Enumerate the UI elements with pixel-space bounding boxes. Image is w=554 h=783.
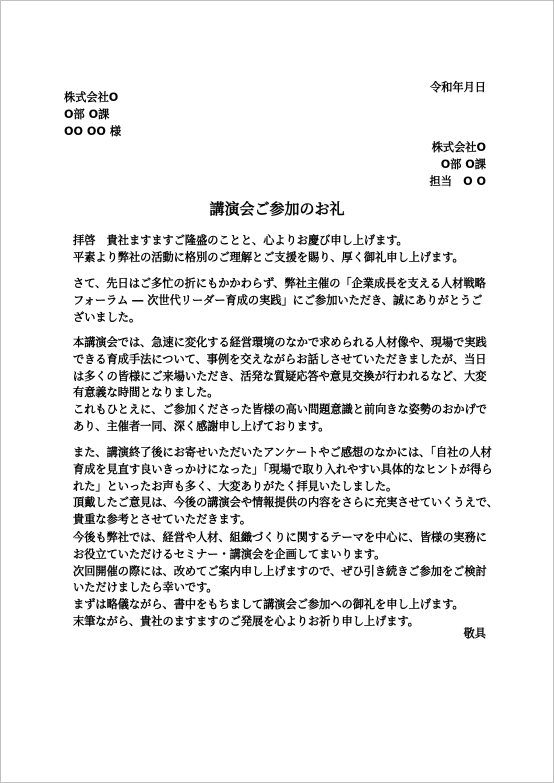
text-line: 有意義な時間となりました。	[73, 385, 493, 402]
text-line: 育成を見直す良いきっかけになった」「現場で取り入れやすい具体的なヒントが得ら	[73, 462, 493, 479]
sender-department: O部 O課	[441, 156, 486, 173]
text-line: また、講演終了後にお寄せいただいたアンケートやご感想のなかには、「自社の人材	[73, 445, 493, 462]
text-line: できる育成手法について、事例を交えながらお話しさせていただきましたが、当日	[73, 352, 493, 369]
text-line: お役立ていただけるセミナー・講演会を企画してまいります。	[73, 547, 493, 564]
text-line: れた」といったお声も多く、大変ありがたく拝見いたしました。	[73, 479, 493, 496]
text-line: まずは略儀ながら、書中をもちまして講演会ご参加への御礼を申し上げます。	[73, 597, 493, 614]
paragraph-greeting: 拝啓 貴社ますますご隆盛のことと、心よりお慶び申し上げます。 平素より弊社の活動…	[73, 233, 493, 267]
recipient-name: OO OO 様	[64, 123, 121, 140]
sender-company: 株式会社O	[432, 139, 486, 156]
recipient-department: O部 O課	[64, 106, 109, 123]
text-line: は多くの皆様にご来場いただき、活発な質疑応答や意見交換が行われるなど、大変	[73, 369, 493, 386]
letter-date: 令和年月日	[430, 79, 486, 96]
text-line: 拝啓 貴社ますますご隆盛のことと、心よりお慶び申し上げます。	[73, 233, 493, 250]
paragraph-event-summary: 本講演会では、急速に変化する経営環境のなかで求められる人材像や、現場で実践 でき…	[73, 335, 493, 436]
text-line: ざいました。	[73, 310, 493, 327]
text-line: フォーラム ― 次世代リーダー育成の実践」にご参加いただき、誠にありがとうご	[73, 293, 493, 310]
recipient-company: 株式会社O	[64, 89, 118, 106]
text-line: 平素より弊社の活動に格別のご理解とご支援を賜り、厚く御礼申し上げます。	[73, 250, 493, 267]
text-line: いただけましたら幸いです。	[73, 580, 493, 597]
paragraph-closing-remarks: まずは略儀ながら、書中をもちまして講演会ご参加への御礼を申し上げます。 末筆なが…	[73, 597, 493, 631]
letter-title: 講演会ご参加のお礼	[1, 199, 553, 219]
text-line: 貴重な参考とさせていただきます。	[73, 512, 493, 529]
text-line: 今後も弊社では、経営や人材、組織づくりに関するテーマを中心に、皆様の実務に	[73, 530, 493, 547]
text-line: 頂戴したご意見は、今後の講演会や情報提供の内容をさらに充実させていくうえで、	[73, 495, 493, 512]
text-line: あり、主催者一同、深く感謝申し上げております。	[73, 419, 493, 436]
text-line: 末筆ながら、貴社のますますのご発展を心よりお祈り申し上げます。	[73, 614, 493, 631]
text-line: 次回開催の際には、改めてご案内申し上げますので、ぜひ引き続きご参加をご検討	[73, 564, 493, 581]
text-line: さて、先日はご多忙の折にもかかわらず、弊社主催の「企業成長を支える人材戦略	[73, 276, 493, 293]
paragraph-thanks: さて、先日はご多忙の折にもかかわらず、弊社主催の「企業成長を支える人材戦略 フォ…	[73, 276, 493, 326]
closing-phrase: 敬具	[464, 625, 486, 642]
paragraph-future-plans: 今後も弊社では、経営や人材、組織づくりに関するテーマを中心に、皆様の実務に お役…	[73, 530, 493, 597]
text-line: これもひとえに、ご参加くださった皆様の高い問題意識と前向きな姿勢のおかげで	[73, 402, 493, 419]
paragraph-feedback: また、講演終了後にお寄せいただいたアンケートやご感想のなかには、「自社の人材 育…	[73, 445, 493, 529]
text-line: 本講演会では、急速に変化する経営環境のなかで求められる人材像や、現場で実践	[73, 335, 493, 352]
document-page: 令和年月日 株式会社O O部 O課 OO OO 様 株式会社O O部 O課 担当…	[0, 0, 554, 783]
sender-person: 担当 O O	[430, 173, 486, 190]
